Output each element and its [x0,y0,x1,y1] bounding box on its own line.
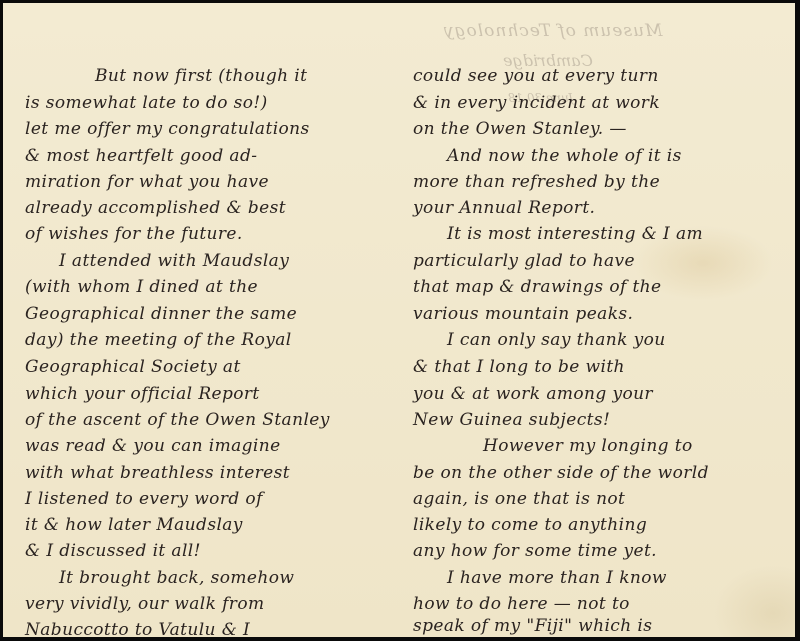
text-line: I can only say thank you [413,327,666,353]
text-line: I listened to every word of [25,486,263,512]
text-line: could see you at every turn [413,63,659,89]
text-line: on the Owen Stanley. — [413,116,627,142]
text-line: that map & drawings of the [413,274,662,300]
text-line: of wishes for the future. [25,221,243,247]
text-line: & most heartfelt good ad- [25,143,257,169]
text-line: And now the whole of it is [413,143,682,169]
text-line: However my longing to [413,433,693,459]
text-line: But now first (though it [25,63,307,89]
text-line: & in every incident at work [413,90,660,116]
text-line: your Annual Report. [413,195,595,221]
scan-frame: Museum of Technology Cambridge June 30 1… [0,0,800,641]
text-line: let me offer my congratulations [25,116,310,142]
text-line: be on the other side of the world [413,460,709,486]
text-line: more than refreshed by the [413,169,660,195]
text-line: very vividly, our walk from [25,591,264,617]
text-line: miration for what you have [25,169,269,195]
text-line: & that I long to be with [413,354,625,380]
text-line: I attended with Maudslay [25,248,289,274]
text-line: of the ascent of the Owen Stanley [25,407,330,433]
text-line: again, is one that is not [413,486,625,512]
text-line: speak of my "Fiji" which is [413,613,652,637]
text-line: Geographical Society at [25,354,241,380]
text-line: New Guinea subjects! [413,407,610,433]
text-line: which your official Report [25,381,260,407]
text-line: it & how later Maudslay [25,512,243,538]
text-line: (with whom I dined at the [25,274,258,300]
text-line: I have more than I know [413,565,667,591]
text-line: was read & you can imagine [25,433,281,459]
text-line: already accomplished & best [25,195,286,221]
text-line: Geographical dinner the same [25,301,297,327]
letter-paper: Museum of Technology Cambridge June 30 1… [3,3,795,637]
text-line: Nabuccotto to Vatulu & I [25,617,250,637]
text-line: It is most interesting & I am [413,221,703,247]
letterhead-bleed-museum: Museum of Technology [443,21,662,41]
text-line: day) the meeting of the Royal [25,327,292,353]
text-line: is somewhat late to do so!) [25,90,268,116]
text-line: & I discussed it all! [25,538,201,564]
text-line: any how for some time yet. [413,538,657,564]
text-line: It brought back, somehow [25,565,294,591]
text-line: various mountain peaks. [413,301,633,327]
text-line: particularly glad to have [413,248,635,274]
text-line: with what breathless interest [25,460,290,486]
text-line: likely to come to anything [413,512,647,538]
text-line: you & at work among your [413,381,653,407]
